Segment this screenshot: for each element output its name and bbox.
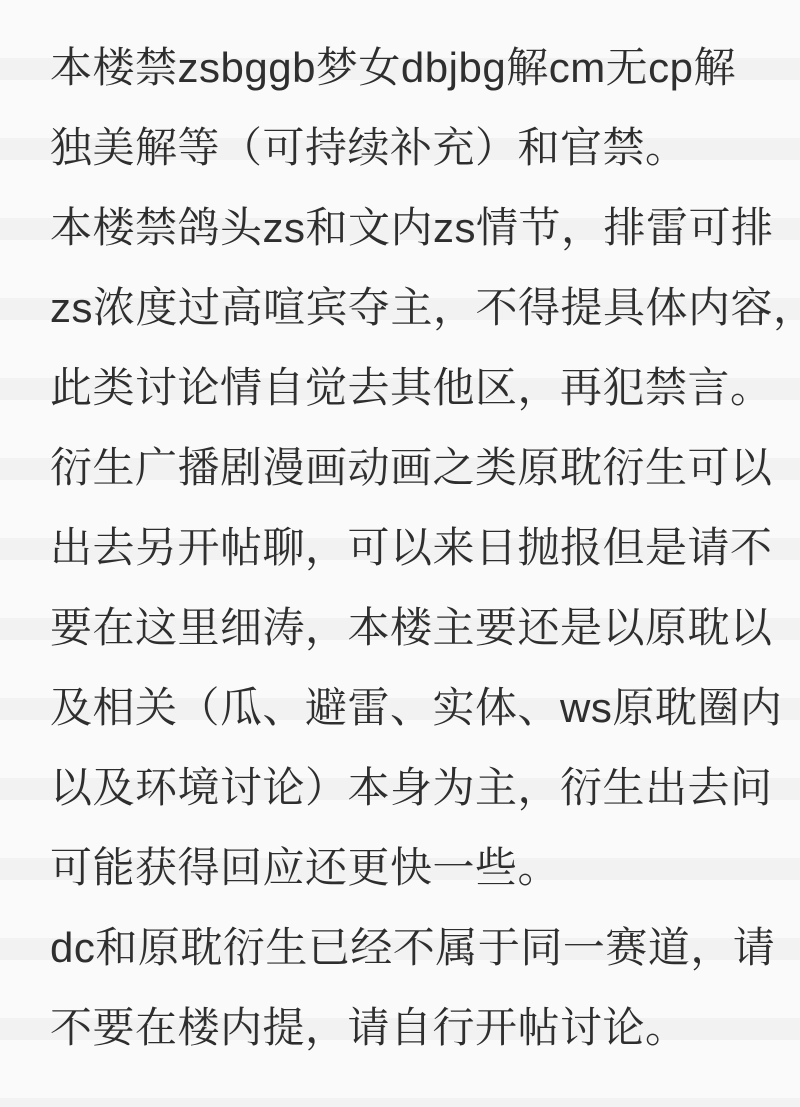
text-line: 此类讨论情自觉去其他区，再犯禁言。 <box>50 348 770 428</box>
text-line: 要在这里细涛，本楼主要还是以原耽以 <box>50 588 770 668</box>
text-line: 以及环境讨论）本身为主，衍生出去问 <box>50 748 770 828</box>
text-line: dc和原耽衍生已经不属于同一赛道，请 <box>50 908 770 988</box>
text-line: 不要在楼内提，请自行开帖讨论。 <box>50 988 770 1068</box>
text-line: zs浓度过高喧宾夺主，不得提具体内容， <box>50 268 770 348</box>
text-line: 出去另开帖聊，可以来日抛报但是请不 <box>50 508 770 588</box>
text-line: 及相关（瓜、避雷、实体、ws原耽圈内 <box>50 668 770 748</box>
text-line: 衍生广播剧漫画动画之类原耽衍生可以 <box>50 428 770 508</box>
text-line: 本楼禁鸽头zs和文内zs情节，排雷可排 <box>50 188 770 268</box>
text-line: 独美解等（可持续补充）和官禁。 <box>50 108 770 188</box>
text-screenshot-page: 本楼禁zsbggb梦女dbjbg解cm无cp解独美解等（可持续补充）和官禁。本楼… <box>0 0 800 1107</box>
text-line: 本楼禁zsbggb梦女dbjbg解cm无cp解 <box>50 28 770 108</box>
text-line: 可能获得回应还更快一些。 <box>50 828 770 908</box>
text-body: 本楼禁zsbggb梦女dbjbg解cm无cp解独美解等（可持续补充）和官禁。本楼… <box>50 28 770 1068</box>
